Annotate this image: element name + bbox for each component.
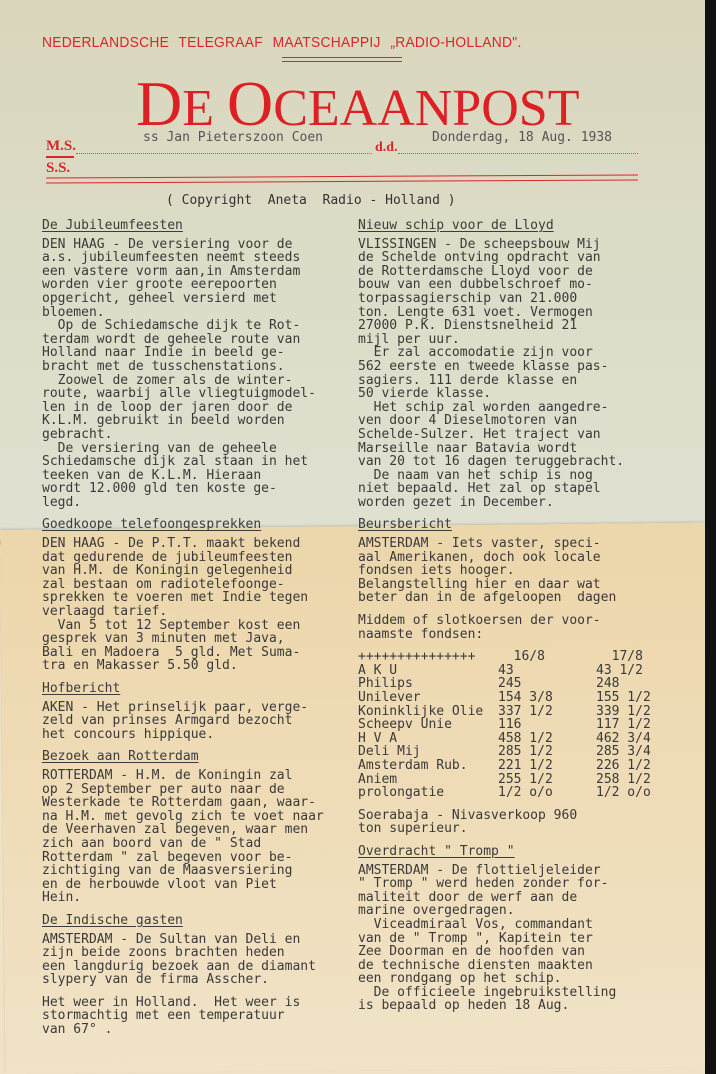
stock-row: A K U4343 1/2 <box>358 664 676 678</box>
masthead-title: DE OCEAANPOST <box>136 72 579 136</box>
company-underline <box>282 57 402 62</box>
stock-header-cell: 17/8 <box>596 650 676 664</box>
article-heading: Hofbericht <box>42 682 324 696</box>
ship-field-line <box>76 153 372 154</box>
stock-name: Scheepv Unie <box>358 718 498 732</box>
stock-price-17-8: 339 1/2 <box>596 705 676 719</box>
stocks-intro: Middem of slotkoersen der voor- naamste … <box>358 614 676 641</box>
ms-underline <box>46 156 74 158</box>
stock-price-16-8: 285 1/2 <box>498 745 596 759</box>
stock-price-17-8: 117 1/2 <box>596 718 676 732</box>
article-heading: De Jubileumfeesten <box>42 219 324 233</box>
company-name: NEDERLANDSCHE TELEGRAAF MAATSCHAPPIJ „RA… <box>42 34 594 51</box>
stock-table-header: +++++++++++++++ 16/8 17/8 <box>358 650 676 664</box>
article-paragraph: AMSTERDAM - De Sultan van Deli en zijn b… <box>42 933 324 987</box>
stock-price-17-8: 285 3/4 <box>596 745 676 759</box>
copyright-notice: ( Copyright Aneta Radio - Holland ) <box>166 193 456 208</box>
article: Bezoek aan RotterdamROTTERDAM - H.M. de … <box>42 750 324 914</box>
article-paragraph: Op de Schiedamsche dijk te Rot- terdam w… <box>42 319 324 373</box>
stock-name: Amsterdam Rub. <box>358 759 498 773</box>
article-paragraph: AMSTERDAM - Iets vaster, speci- aal Amer… <box>358 537 676 605</box>
issue-date: Donderdag, 18 Aug. 1938 <box>432 130 612 145</box>
stock-name: H V A <box>358 732 498 746</box>
stock-price-16-8: 255 1/2 <box>498 773 596 787</box>
article-heading: Bezoek aan Rotterdam <box>42 750 324 764</box>
ship-name: ss Jan Pieterszoon Coen <box>143 130 323 145</box>
article-heading: De Indische gasten <box>42 914 324 928</box>
stock-price-16-8: 337 1/2 <box>498 705 596 719</box>
stock-header-cell: 16/8 <box>498 650 596 664</box>
stock-price-17-8: 43 1/2 <box>596 664 676 678</box>
article-paragraph: AKEN - Het prinselijk paar, verge- zeld … <box>42 701 324 742</box>
article-paragraph: DEN HAAG - De versiering voor de a.s. ju… <box>42 238 324 320</box>
article-paragraph: DEN HAAG - De P.T.T. maakt bekend dat ge… <box>42 537 324 619</box>
ms-label: M.S. <box>46 138 76 155</box>
left-column: De JubileumfeestenDEN HAAG - De versieri… <box>42 219 324 1037</box>
article-paragraph: VLISSINGEN - De scheepsbouw Mij de Schel… <box>358 238 676 347</box>
stock-price-17-8: 462 3/4 <box>596 732 676 746</box>
date-field-line <box>398 153 638 154</box>
stocks-outro: Soerabaja - Nivasverkoop 960 ton superie… <box>358 809 676 836</box>
stock-row: Koninklijke Olie337 1/2339 1/2 <box>358 705 676 719</box>
stock-name: prolongatie <box>358 786 498 800</box>
stock-name: A K U <box>358 664 498 678</box>
article-paragraph: Het schip zal worden aangedre- ven door … <box>358 401 676 469</box>
stock-price-16-8: 245 <box>498 677 596 691</box>
stock-name: Deli Mij <box>358 745 498 759</box>
stock-price-16-8: 154 3/8 <box>498 691 596 705</box>
article: Overdracht " Tromp "AMSTERDAM - De flott… <box>358 845 676 1013</box>
stock-name: Koninklijke Olie <box>358 705 498 719</box>
article-heading: Beursbericht <box>358 518 676 532</box>
stock-table: +++++++++++++++ 16/8 17/8A K U4343 1/2Ph… <box>358 650 676 800</box>
article-paragraph: Er zal accomodatie zijn voor 562 eerste … <box>358 346 676 400</box>
article-paragraph: Het weer in Holland. Het weer is stormac… <box>42 996 324 1037</box>
stock-row: H V A458 1/2462 3/4 <box>358 732 676 746</box>
article-paragraph: De naam van het schip is nog niet bepaal… <box>358 469 676 510</box>
stock-price-17-8: 248 <box>596 677 676 691</box>
article-paragraph: Viceadmiraal Vos, commandant van de " Tr… <box>358 918 676 986</box>
background-edge <box>705 0 716 1074</box>
article: De JubileumfeestenDEN HAAG - De versieri… <box>42 219 324 518</box>
right-column: Nieuw schip voor de LloydVLISSINGEN - De… <box>358 219 676 1013</box>
article-paragraph: Zoowel de zomer als de winter- route, wa… <box>42 374 324 442</box>
article: De Indische gastenAMSTERDAM - De Sultan … <box>42 914 324 996</box>
stock-price-17-8: 226 1/2 <box>596 759 676 773</box>
article: Het weer in Holland. Het weer is stormac… <box>42 996 324 1037</box>
stock-price-17-8: 155 1/2 <box>596 691 676 705</box>
stock-row: Deli Mij285 1/2285 3/4 <box>358 745 676 759</box>
stock-price-17-8: 1/2 o/o <box>596 786 676 800</box>
article-heading: Nieuw schip voor de Lloyd <box>358 219 676 233</box>
stock-row: Aniem255 1/2258 1/2 <box>358 773 676 787</box>
stock-row: Philips245248 <box>358 677 676 691</box>
stock-price-16-8: 221 1/2 <box>498 759 596 773</box>
stock-row: prolongatie1/2 o/o1/2 o/o <box>358 786 676 800</box>
article-paragraph: Van 5 tot 12 September kost een gesprek … <box>42 619 324 673</box>
dd-label: d.d. <box>375 140 398 156</box>
article: Goedkoope telefoongesprekkenDEN HAAG - D… <box>42 518 324 682</box>
stock-price-16-8: 458 1/2 <box>498 732 596 746</box>
stock-price-17-8: 258 1/2 <box>596 773 676 787</box>
article-paragraph: ROTTERDAM - H.M. de Koningin zal op 2 Se… <box>42 769 324 905</box>
stock-row: Amsterdam Rub.221 1/2226 1/2 <box>358 759 676 773</box>
article-paragraph: De versiering van de geheele Schiedamsch… <box>42 442 324 510</box>
stock-price-16-8: 1/2 o/o <box>498 786 596 800</box>
stock-row: Scheepv Unie116117 1/2 <box>358 718 676 732</box>
article: BeursberichtAMSTERDAM - Iets vaster, spe… <box>358 518 676 844</box>
article-paragraph: AMSTERDAM - De flottieljeleider " Tromp … <box>358 864 676 918</box>
article-paragraph: De officieele ingebruikstelling is bepaa… <box>358 986 676 1013</box>
stock-price-16-8: 43 <box>498 664 596 678</box>
article-heading: Overdracht " Tromp " <box>358 845 676 859</box>
stock-name: Philips <box>358 677 498 691</box>
article: HofberichtAKEN - Het prinselijk paar, ve… <box>42 682 324 750</box>
stock-row: Unilever154 3/8155 1/2 <box>358 691 676 705</box>
stock-name: Unilever <box>358 691 498 705</box>
ss-label: S.S. <box>46 160 70 177</box>
article: Nieuw schip voor de LloydVLISSINGEN - De… <box>358 219 676 518</box>
article-heading: Goedkoope telefoongesprekken <box>42 518 324 532</box>
stock-header-cell: +++++++++++++++ <box>358 650 498 664</box>
stock-name: Aniem <box>358 773 498 787</box>
stock-price-16-8: 116 <box>498 718 596 732</box>
